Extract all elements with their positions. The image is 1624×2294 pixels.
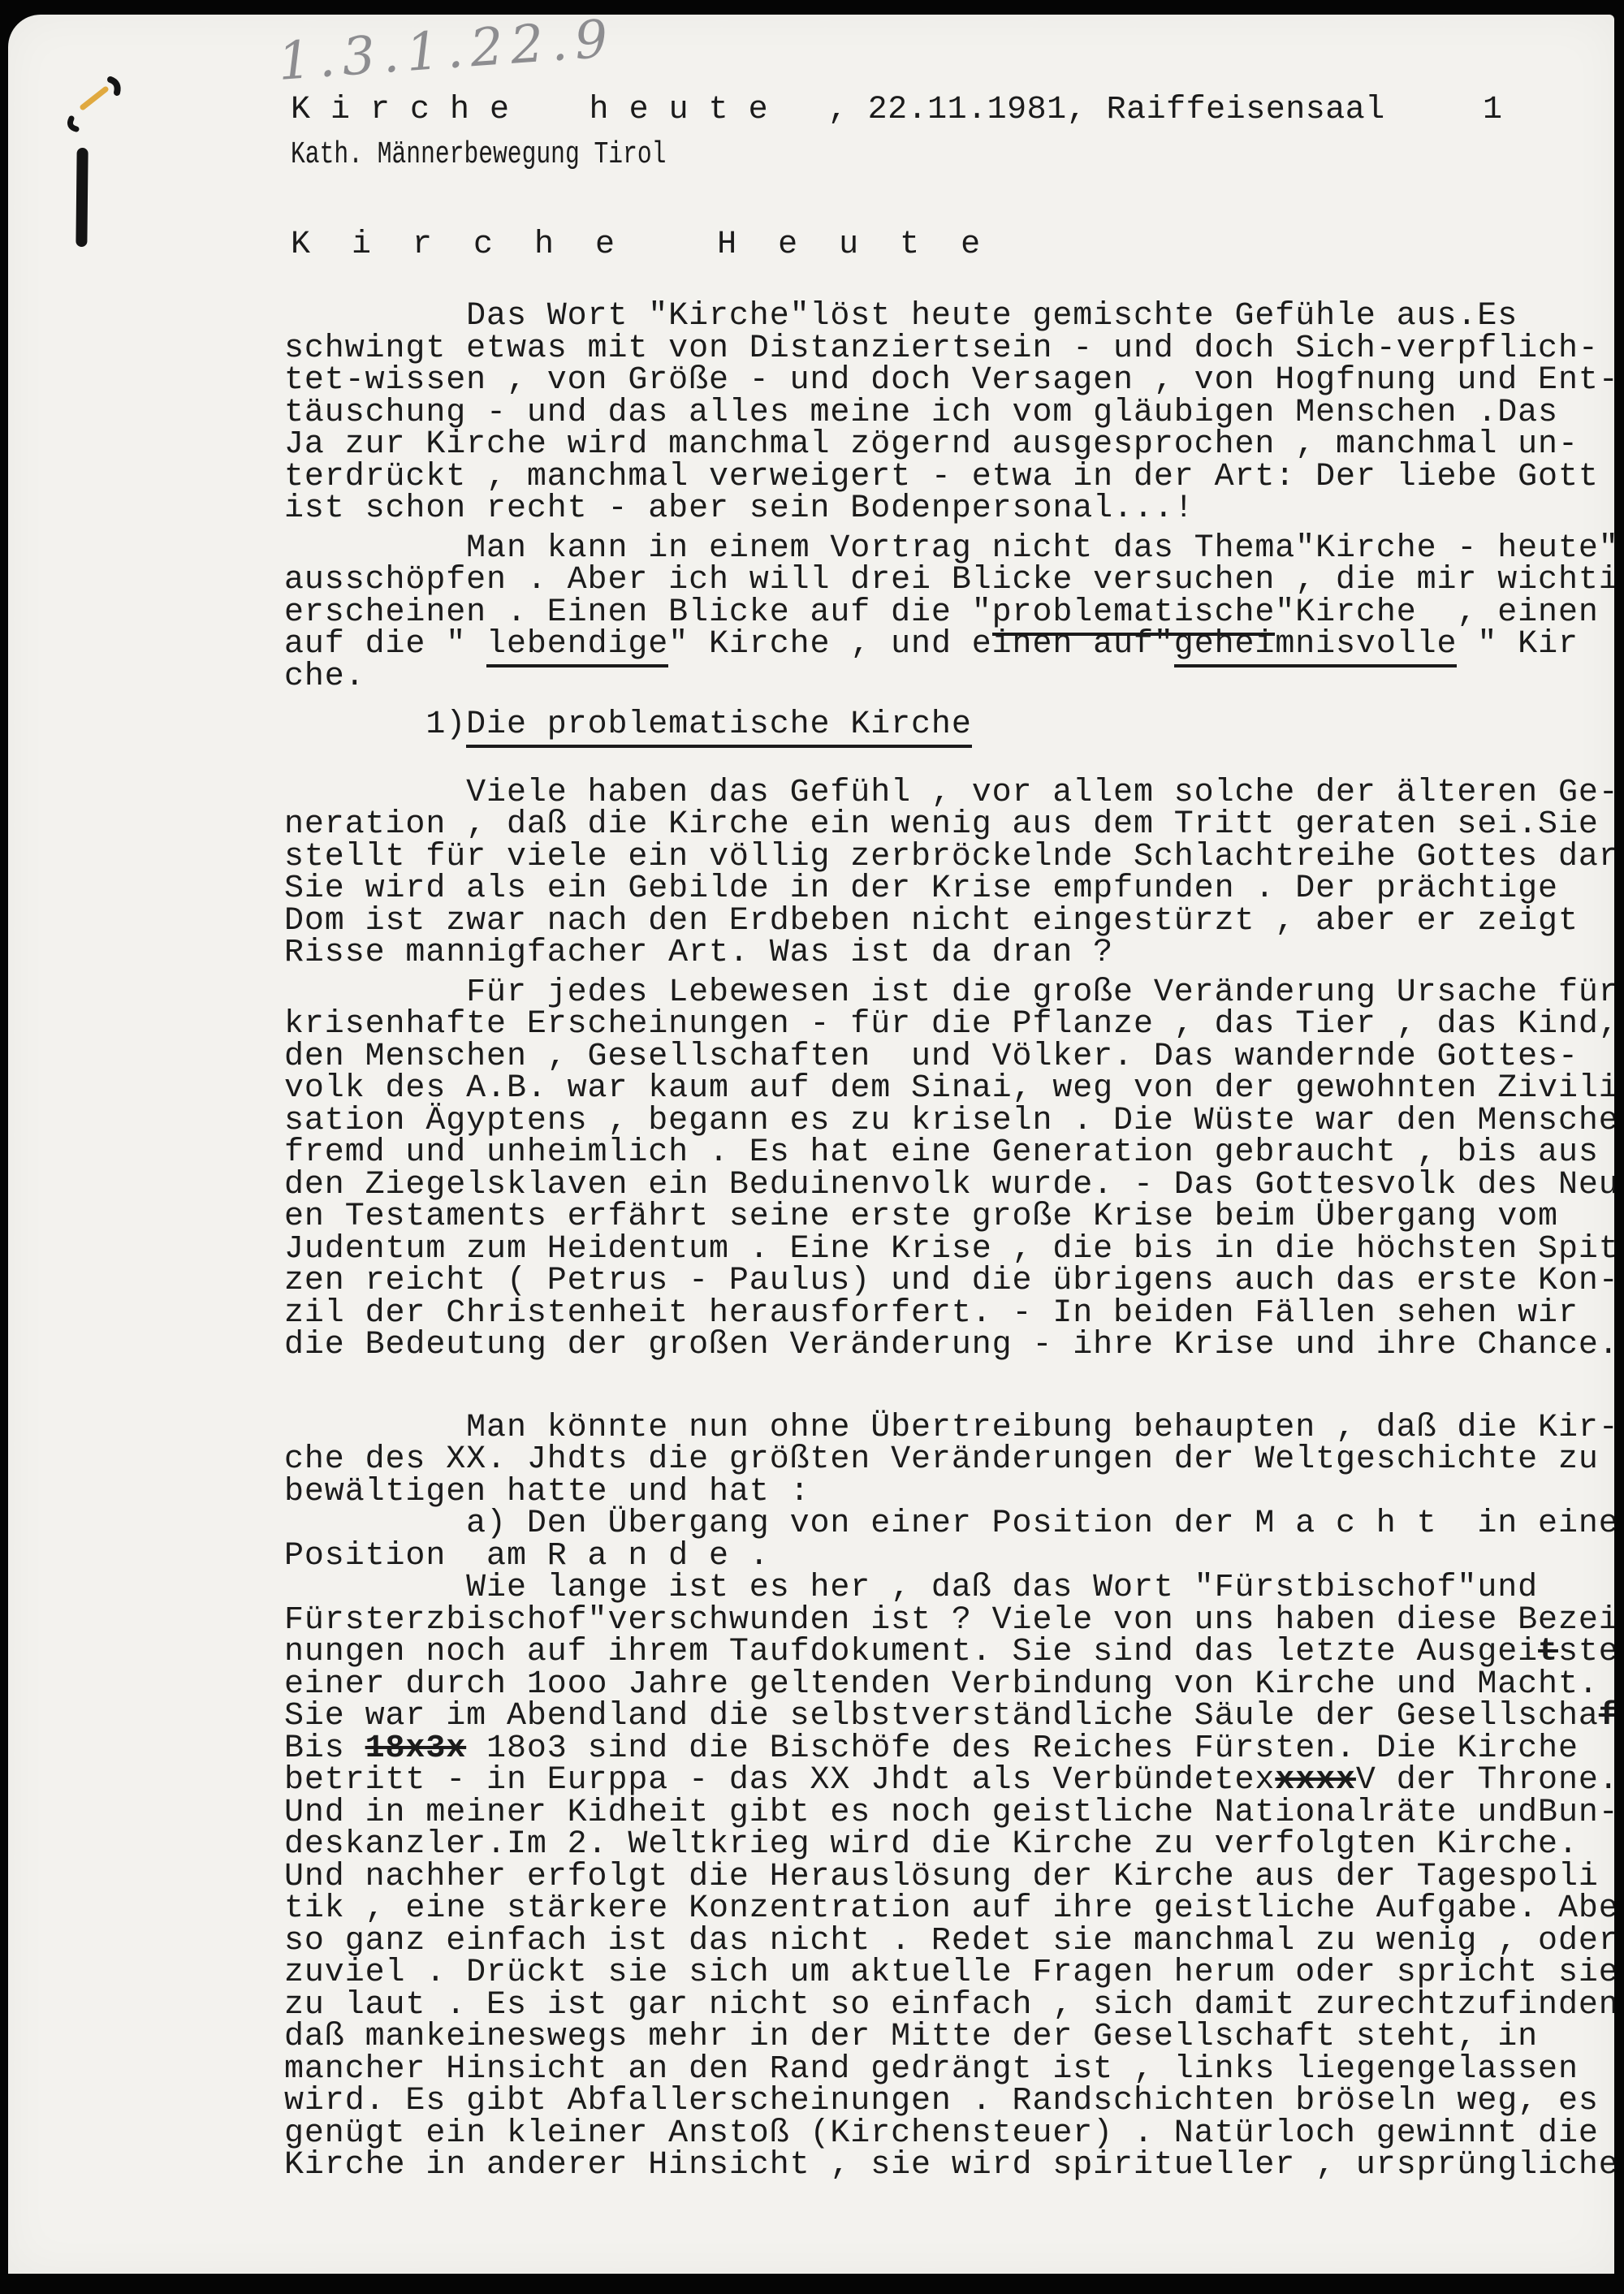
text-line: zen reicht ( Petrus - Paulus) und die üb… — [284, 1265, 1614, 1298]
text-line: zil der Christenheit herausforfert. - In… — [284, 1298, 1614, 1330]
underlined-text: lebendige — [486, 626, 668, 667]
page-number: 1 — [1483, 93, 1502, 128]
paragraph: Das Wort "Kirche"löst heute gemischte Ge… — [284, 300, 1614, 525]
pen-checkmark-icon — [63, 73, 132, 141]
text-line: Und in meiner Kidheit gibt es noch geist… — [284, 1797, 1614, 1830]
struck-text: 18x3x — [365, 1730, 467, 1767]
text-line: neration , daß die Kirche ein wenig aus … — [284, 809, 1614, 841]
text-line: Kirche in anderer Hinsicht , sie wird sp… — [284, 2149, 1614, 2182]
text-line: wird. Es gibt Abfallerscheinungen . Rand… — [284, 2085, 1614, 2118]
text-line: sation Ägyptens , begann es zu kriseln .… — [284, 1105, 1614, 1138]
text-line: che des XX. Jhdts die größten Veränderun… — [284, 1444, 1614, 1476]
underlined-text: geheimnisvolle — [1174, 626, 1458, 667]
text-line: Risse mannigfacher Art. Was ist da dran … — [284, 937, 1614, 970]
marker-stroke — [76, 148, 88, 247]
text-line: bewältigen hatte und hat : — [284, 1476, 1614, 1509]
text-line: genügt ein kleiner Anstoß (Kirchensteuer… — [284, 2118, 1614, 2150]
text-line: Position am R a n d e . — [284, 1540, 1614, 1573]
text-line: ausschöpfen . Aber ich will drei Blicke … — [284, 564, 1614, 597]
scanned-document: { "colors":{ "background":"#050505", "pa… — [0, 0, 1624, 2294]
struck-text: f — [1599, 1698, 1614, 1735]
document-title: K i r c h e H e u t e — [291, 227, 981, 263]
text-line: terdrückt , manchmal verweigert - etwa i… — [284, 461, 1614, 494]
text-line: deskanzler.Im 2. Weltkrieg wird die Kirc… — [284, 1829, 1614, 1861]
text-line: daß mankeineswegs mehr in der Mitte der … — [284, 2021, 1614, 2054]
text-line: erscheinen . Einen Blicke auf die "probl… — [284, 597, 1614, 629]
text-line: Ja zur Kirche wird manchmal zögernd ausg… — [284, 429, 1614, 461]
text-line: den Menschen , Gesellschaften und Völker… — [284, 1041, 1614, 1074]
text-line: 1)Die problematische Kirche — [284, 709, 1614, 741]
text-line: en Testaments erfährt seine erste große … — [284, 1201, 1614, 1233]
paragraph: Viele haben das Gefühl , vor allem solch… — [284, 777, 1614, 970]
text-line: täuschung - und das alles meine ich vom … — [284, 397, 1614, 430]
document-header-organization: Kath. Männerbewegung Tirol — [291, 138, 666, 172]
text-line: die Bedeutung der großen Veränderung - i… — [284, 1329, 1614, 1362]
text-line: Und nachher erfolgt die Herauslösung der… — [284, 1861, 1614, 1894]
text-line: volk des A.B. war kaum auf dem Sinai, we… — [284, 1073, 1614, 1105]
struck-text: t — [1538, 1634, 1558, 1670]
text-line: tet-wissen , von Größe - und doch Versag… — [284, 365, 1614, 397]
text-line: Dom ist zwar nach den Erdbeben nicht ein… — [284, 905, 1614, 938]
text-line: den Ziegelsklaven ein Beduinenvolk wurde… — [284, 1169, 1614, 1202]
document-page: 1.3.1.22.9 K i r c h e h e u t e , 22.11… — [8, 15, 1614, 2274]
text-line: Viele haben das Gefühl , vor allem solch… — [284, 777, 1614, 810]
text-line: Fürsterzbischof"verschwunden ist ? Viele… — [284, 1605, 1614, 1637]
text-line: tik , eine stärkere Konzentration auf ih… — [284, 1893, 1614, 1925]
struck-text: xxxx — [1275, 1762, 1356, 1799]
text-line: nungen noch auf ihrem Taufdokument. Sie … — [284, 1636, 1614, 1669]
text-line: einer durch 1ooo Jahre geltenden Verbind… — [284, 1669, 1614, 1701]
text-line: krisenhafte Erscheinungen - für die Pfla… — [284, 1009, 1614, 1041]
section-heading: 1)Die problematische Kirche — [284, 709, 1614, 741]
text-line: fremd und unheimlich . Es hat eine Gener… — [284, 1137, 1614, 1169]
text-line: Judentum zum Heidentum . Eine Krise , di… — [284, 1233, 1614, 1266]
text-line: Sie war im Abendland die selbstverständl… — [284, 1700, 1614, 1733]
text-line: a) Den Übergang von einer Position der M… — [284, 1508, 1614, 1540]
text-line: Bis 18x3x 18o3 sind die Bischöfe des Rei… — [284, 1733, 1614, 1765]
text-line: betritt - in Eurppa - das XX Jhdt als Ve… — [284, 1765, 1614, 1797]
text-line: stellt für viele ein völlig zerbröckelnd… — [284, 841, 1614, 874]
text-line: Das Wort "Kirche"löst heute gemischte Ge… — [284, 300, 1614, 333]
handwritten-archive-code: 1.3.1.22.9 — [276, 15, 617, 93]
text-line: schwingt etwas mit von Distanziertsein -… — [284, 333, 1614, 365]
paragraph: Für jedes Lebewesen ist die große Veränd… — [284, 977, 1614, 1362]
text-line: Für jedes Lebewesen ist die große Veränd… — [284, 977, 1614, 1009]
text-line: Man könnte nun ohne Übertreibung behaupt… — [284, 1412, 1614, 1445]
paragraph: Man kann in einem Vortrag nicht das Them… — [284, 533, 1614, 693]
paragraph: Man könnte nun ohne Übertreibung behaupt… — [284, 1412, 1614, 2182]
text-line: mancher Hinsicht an den Rand gedrängt is… — [284, 2054, 1614, 2086]
text-line: ist schon recht - aber sein Bodenpersona… — [284, 493, 1614, 525]
document-body: Das Wort "Kirche"löst heute gemischte Ge… — [284, 300, 1614, 2274]
text-line: zu laut . Es ist gar nicht so einfach , … — [284, 1989, 1614, 2022]
text-line: so ganz einfach ist das nicht . Redet si… — [284, 1925, 1614, 1958]
text-line: Man kann in einem Vortrag nicht das Them… — [284, 533, 1614, 565]
text-line: auf die " lebendige" Kirche , und einen … — [284, 629, 1614, 661]
text-line: zuviel . Drückt sie sich um aktuelle Fra… — [284, 1957, 1614, 1989]
document-header-title: K i r c h e h e u t e , 22.11.1981, Raif… — [291, 93, 1385, 128]
underlined-text: Die problematische Kirche — [466, 706, 972, 748]
text-line: Wie lange ist es her , daß das Wort "Für… — [284, 1572, 1614, 1605]
text-line: Sie wird als ein Gebilde in der Krise em… — [284, 873, 1614, 905]
